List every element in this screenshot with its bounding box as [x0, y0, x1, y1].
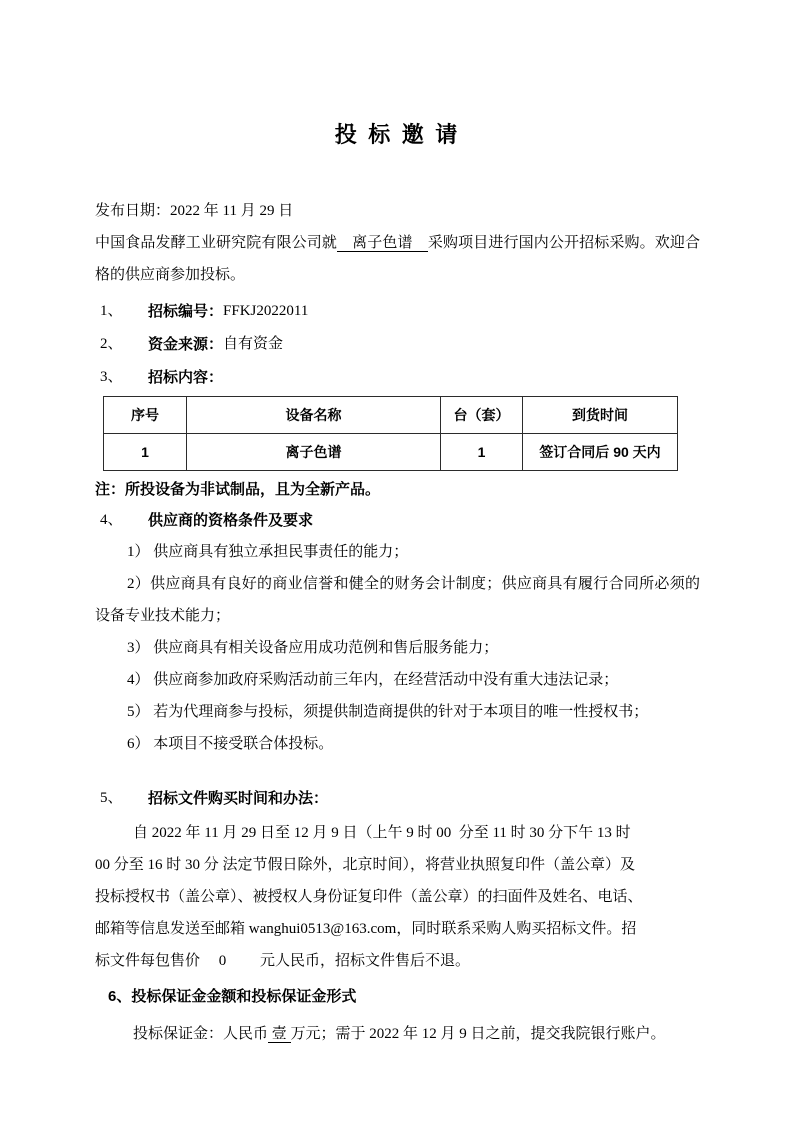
requirement-item-3: 3） 供应商具有相关设备应用成功范例和售后服务能力；: [95, 632, 700, 664]
requirement-item-1: 1） 供应商具有独立承担民事责任的能力；: [95, 536, 700, 568]
list-item-fund-source: 2、 资金来源： 自有资金: [95, 328, 700, 361]
document-title: 投 标 邀 请: [95, 118, 700, 149]
qualification-requirements: 1） 供应商具有独立承担民事责任的能力； 2）供应商具有良好的商业信誉和健全的财…: [95, 536, 700, 760]
intro-paragraph: 中国食品发酵工业研究院有限公司就 离子色谱 采购项目进行国内公开招标采购。欢迎合…: [95, 227, 700, 291]
bid-deposit-line: 投标保证金：人民币 壹 万元；需于 2022 年 12 月 9 日之前，提交我院…: [95, 1018, 700, 1050]
table-row: 1 离子色谱 1 签订合同后 90 天内: [104, 434, 678, 471]
intro-text-before: 中国食品发酵工业研究院有限公司就: [95, 235, 337, 251]
table-header-row: 序号 设备名称 台（套） 到货时间: [104, 397, 678, 434]
purchase-line-5: 标文件每包售价 0 元人民币，招标文件售后不退。: [95, 945, 700, 977]
email-intro-text: 邮箱等信息发送至邮箱: [95, 921, 249, 937]
cell-seq-no: 1: [104, 434, 187, 471]
requirement-item-5: 5） 若为代理商参与投标，须提供制造商提供的针对于本项目的唯一性授权书；: [95, 696, 700, 728]
numbered-items: 1、 招标编号： FFKJ2022011 2、 资金来源： 自有资金 3、 招标…: [95, 295, 700, 394]
section5-heading: 5、 招标文件购买时间和办法：: [95, 783, 700, 814]
section4-title: 供应商的资格条件及要求: [148, 505, 313, 536]
deposit-amount-blank: 壹: [268, 1026, 291, 1043]
header-quantity: 台（套）: [441, 397, 523, 434]
section-number: 4、: [95, 505, 148, 536]
section6-title: 投标保证金金额和投标保证金形式: [131, 982, 356, 1012]
section-number: 5、: [95, 783, 148, 814]
document-page: 投 标 邀 请 发布日期：2022 年 11 月 29 日 中国食品发酵工业研究…: [0, 0, 794, 1123]
section5-title: 招标文件购买时间和办法：: [148, 783, 328, 814]
bid-items-table: 序号 设备名称 台（套） 到货时间 1 离子色谱 1 签订合同后 90 天内: [103, 396, 678, 471]
header-delivery-time: 到货时间: [523, 397, 678, 434]
item-number: 2、: [95, 328, 148, 361]
purchase-line-3: 投标授权书（盖公章）、被授权人身份证复印件（盖公章）的扫面件及姓名、电话、: [95, 881, 700, 913]
cell-equipment-name: 离子色谱: [187, 434, 441, 471]
requirement-item-2: 2）供应商具有良好的商业信誉和健全的财务会计制度；供应商具有履行合同所必须的设备…: [95, 568, 700, 632]
purchase-line-4: 邮箱等信息发送至邮箱 wanghui0513@163.com，同时联系采购人购买…: [95, 913, 700, 945]
purchase-line-2: 00 分至 16 时 30 分 法定节假日除外，北京时间），将营业执照复印件（盖…: [95, 849, 700, 881]
section6-heading: 6、 投标保证金金额和投标保证金形式: [95, 982, 700, 1012]
header-equipment-name: 设备名称: [187, 397, 441, 434]
section4-heading: 4、 供应商的资格条件及要求: [95, 505, 700, 536]
cell-delivery-time: 签订合同后 90 天内: [523, 434, 678, 471]
list-item-bid-content: 3、 招标内容：: [95, 361, 700, 394]
purchase-line-1: 自 2022 年 11 月 29 日至 12 月 9 日（上午 9 时 00 分…: [95, 817, 700, 849]
section-number: 6、: [108, 982, 131, 1012]
bid-number-value: FFKJ2022011: [223, 295, 308, 328]
note-line: 注：所投设备为非试制品，且为全新产品。: [95, 475, 700, 505]
list-item-bid-number: 1、 招标编号： FFKJ2022011: [95, 295, 700, 328]
requirement-item-6: 6） 本项目不接受联合体投标。: [95, 728, 700, 760]
deposit-text-before: 投标保证金：人民币: [133, 1026, 268, 1042]
contact-email: wanghui0513@163.com: [249, 921, 397, 937]
procurement-subject-blank: 离子色谱: [337, 235, 428, 252]
deposit-text-after: 万元；需于 2022 年 12 月 9 日之前，提交我院银行账户。: [291, 1026, 666, 1042]
item-number: 1、: [95, 295, 148, 328]
item-label: 招标编号：: [148, 295, 223, 328]
purchase-instructions-paragraph: 自 2022 年 11 月 29 日至 12 月 9 日（上午 9 时 00 分…: [95, 817, 700, 977]
item-label: 资金来源：: [148, 328, 223, 361]
cell-quantity: 1: [441, 434, 523, 471]
publish-date-line: 发布日期：2022 年 11 月 29 日: [95, 195, 700, 227]
email-after-text: ，同时联系采购人购买招标文件。招: [396, 921, 636, 937]
requirement-item-4: 4） 供应商参加政府采购活动前三年内，在经营活动中没有重大违法记录；: [95, 664, 700, 696]
item-label: 招标内容：: [148, 361, 223, 394]
header-seq-no: 序号: [104, 397, 187, 434]
fund-source-value: 自有资金: [223, 328, 283, 361]
item-number: 3、: [95, 361, 148, 394]
